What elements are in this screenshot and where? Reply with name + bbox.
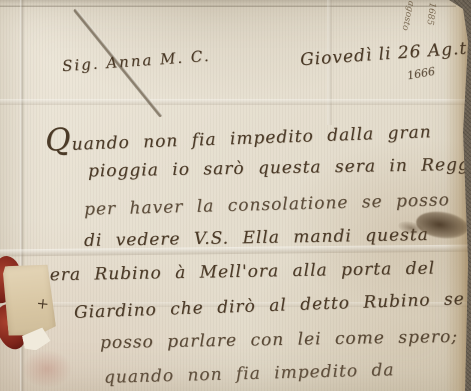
fold-crease-top: [0, 0, 456, 7]
fold-crease-horizontal-1: [0, 99, 471, 105]
repair-patch: +: [1, 262, 56, 339]
archival-note-year: 1685: [424, 2, 437, 26]
salutation: Sig. Anna M. C.: [62, 47, 212, 75]
body-line-2: pioggia io sarò questa sera in Reggio: [88, 155, 471, 182]
photograph-of-letter: agosto 1685 Giovedì li 26 Ag.to 1666 Sig…: [0, 0, 471, 391]
dateline-year: 1666: [406, 65, 436, 83]
body-line-5: sera Rubino à Mell'ora alla porta del: [40, 259, 435, 286]
body-line-7: posso parlare con lei come spero;: [100, 327, 458, 353]
body-line-8: quando non fia impedito da: [104, 360, 395, 388]
body-line-3: per haver la consolatione se posso: [84, 190, 450, 220]
body-line-6: Giardino che dirò al detto Rubino se: [74, 289, 465, 323]
patch-ink-mark: +: [36, 294, 50, 313]
letter-paper: agosto 1685 Giovedì li 26 Ag.to 1666 Sig…: [0, 0, 471, 391]
body-line-1: Quando non fia impedito dalla gran: [44, 109, 432, 158]
wax-stain: [22, 350, 72, 388]
